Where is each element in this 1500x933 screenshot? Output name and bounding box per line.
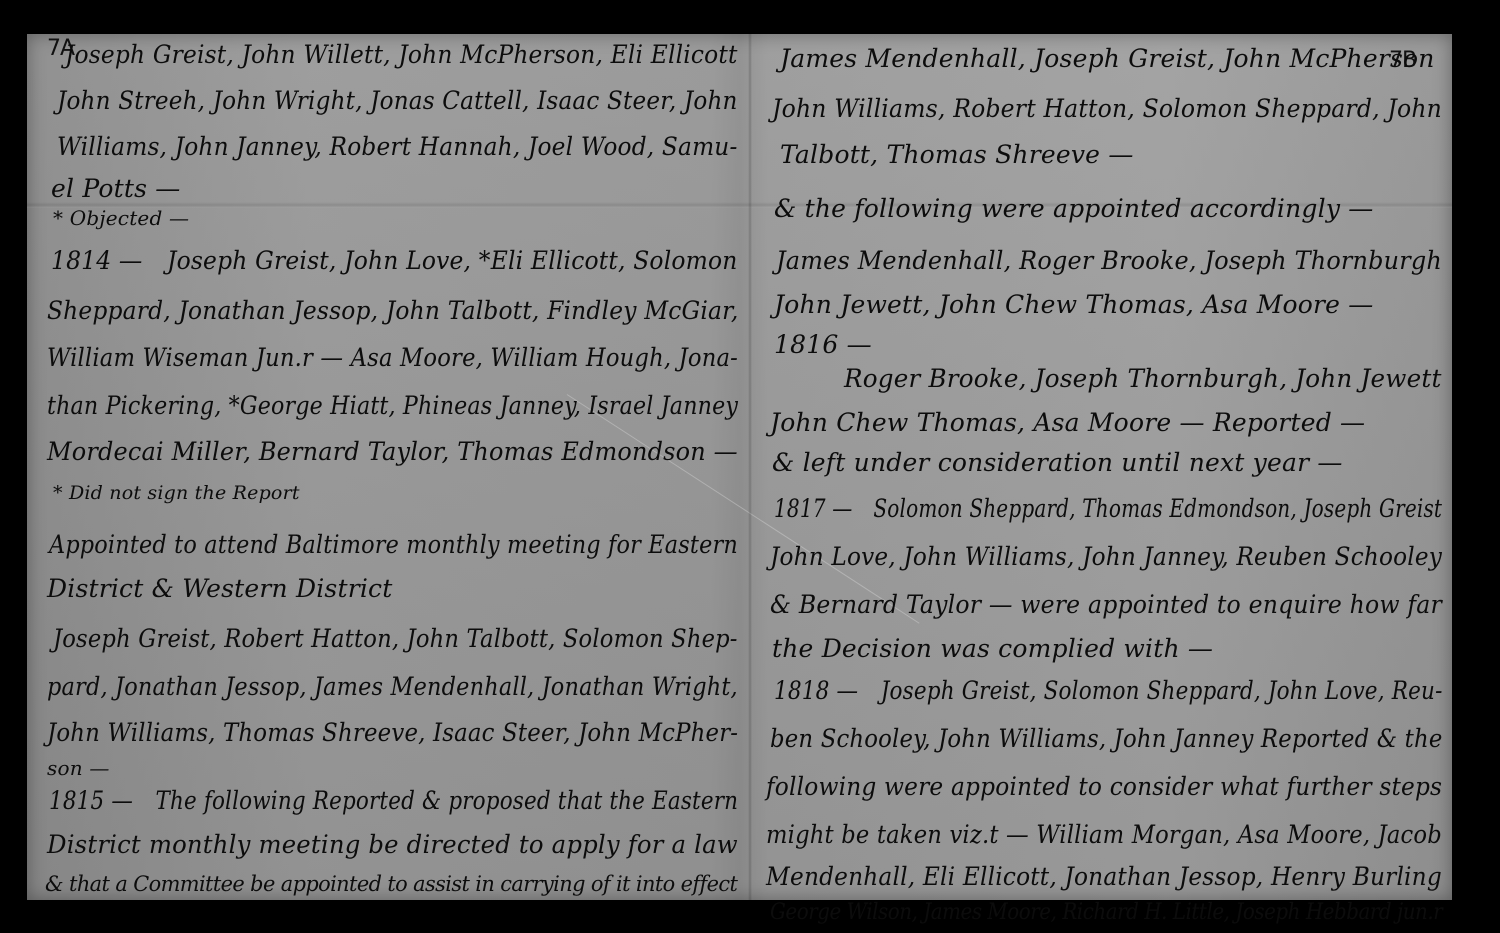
manuscript-line: John Williams, Thomas Shreeve, Isaac Ste… (47, 718, 738, 747)
manuscript-line: Sheppard, Jonathan Jessop, John Talbott,… (47, 296, 739, 325)
manuscript-line-text: Joseph Greist, Solomon Sheppard, John Lo… (881, 676, 1443, 705)
manuscript-line: James Mendenhall, Joseph Greist, John Mc… (780, 44, 1435, 73)
manuscript-line: pard, Jonathan Jessop, James Mendenhall,… (47, 672, 738, 701)
year-label: 1814 — (51, 246, 143, 275)
year-label: 1816 — (774, 330, 872, 359)
manuscript-line: el Potts — (51, 174, 180, 203)
manuscript-line: George Wilson, James Moore, Richard H. L… (770, 900, 1442, 925)
manuscript-line: Talbott, Thomas Shreeve — (780, 140, 1134, 169)
year-label: 1818 — (774, 676, 858, 705)
manuscript-line: John Jewett, John Chew Thomas, Asa Moore… (774, 290, 1374, 319)
manuscript-line: William Wiseman Jun.r — Asa Moore, Willi… (47, 343, 738, 372)
manuscript-line: son — (47, 756, 110, 780)
manuscript-line: Mendenhall, Eli Ellicott, Jonathan Jesso… (766, 862, 1442, 891)
manuscript-line: District & Western District (47, 574, 393, 603)
manuscript-line: & that a Committee be appointed to assis… (45, 872, 737, 896)
manuscript-line: following were appointed to consider wha… (766, 772, 1442, 801)
manuscript-line: John Williams, Robert Hatton, Solomon Sh… (772, 94, 1442, 123)
manuscript-line: Joseph Greist, John Willett, John McPher… (65, 40, 738, 69)
manuscript-line: District monthly meeting be directed to … (47, 830, 738, 859)
left-page: 7A Joseph Greist, John Willett, John McP… (27, 34, 748, 900)
manuscript-line: & left under consideration until next ye… (772, 448, 1343, 477)
manuscript-line: the Decision was complied with — (772, 634, 1213, 663)
manuscript-line: & Bernard Taylor — were appointed to enq… (770, 590, 1442, 619)
manuscript-line: Roger Brooke, Joseph Thornburgh, John Je… (844, 364, 1442, 393)
manuscript-line: 1814 — Joseph Greist, John Love, *Eli El… (51, 246, 738, 275)
manuscript-note: * Objected — (53, 206, 189, 230)
manuscript-line: 1818 — Joseph Greist, Solomon Sheppard, … (774, 676, 1443, 705)
year-label: 1817 — (774, 494, 852, 523)
manuscript-line: 1816 — (774, 330, 890, 359)
manuscript-line-text: Solomon Sheppard, Thomas Edmondson, Jose… (873, 494, 1442, 523)
manuscript-line: & the following were appointed according… (774, 194, 1374, 223)
manuscript-line: ben Schooley, John Williams, John Janney… (770, 724, 1443, 753)
manuscript-line: 1817 — Solomon Sheppard, Thomas Edmondso… (774, 494, 1442, 523)
manuscript-line: John Streeh, John Wright, Jonas Cattell,… (57, 86, 738, 115)
year-label: 1815 — (49, 786, 133, 815)
manuscript-line: John Love, John Williams, John Janney, R… (770, 542, 1442, 571)
manuscript-line: Mordecai Miller, Bernard Taylor, Thomas … (47, 437, 738, 466)
manuscript-line: Joseph Greist, Robert Hatton, John Talbo… (53, 624, 738, 653)
right-page: 7B James Mendenhall, Joseph Greist, John… (752, 34, 1452, 900)
manuscript-line-text: The following Reported & proposed that t… (155, 786, 738, 815)
manuscript-note: * Did not sign the Report (53, 482, 300, 504)
manuscript-line: 1815 — The following Reported & proposed… (49, 786, 738, 815)
manuscript-line-text: Joseph Greist, John Love, *Eli Ellicott,… (167, 246, 738, 275)
manuscript-line: John Chew Thomas, Asa Moore — Reported — (770, 408, 1365, 437)
manuscript-line: James Mendenhall, Roger Brooke, Joseph T… (776, 246, 1442, 275)
manuscript-line: Appointed to attend Baltimore monthly me… (49, 530, 738, 559)
manuscript-line: Williams, John Janney, Robert Hannah, Jo… (57, 132, 738, 161)
manuscript-line: might be taken viz.t — William Morgan, A… (766, 820, 1442, 849)
manuscript-line: than Pickering, *George Hiatt, Phineas J… (47, 391, 738, 420)
